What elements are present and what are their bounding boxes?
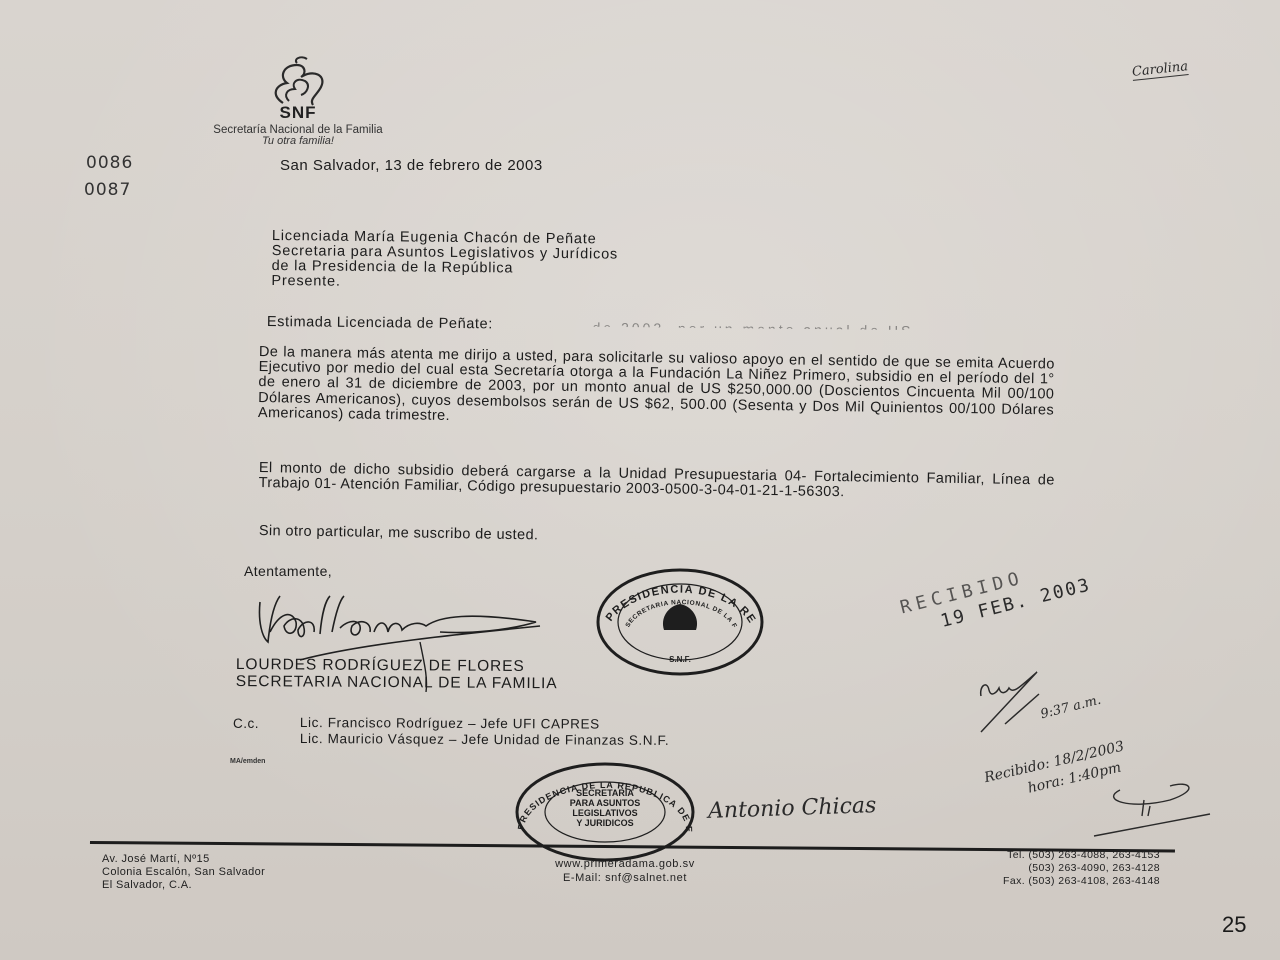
page-number: 25 xyxy=(1222,912,1246,938)
email-text: E-Mail: snf@salnet.net xyxy=(535,872,715,886)
sajl-seal-line: LEGISLATIVOS xyxy=(572,808,637,818)
salutation: Estimada Licenciada de Peñate: xyxy=(267,314,493,332)
sajl-seal-line: Y JURIDICOS xyxy=(576,818,633,828)
phone-line: Tel. (503) 263-4088, 263-4153 xyxy=(955,849,1160,862)
phone-line: (503) 263-4090, 263-4128 xyxy=(955,862,1160,875)
footer-phones: Tel. (503) 263-4088, 263-4153 (503) 263-… xyxy=(955,849,1160,888)
closing: Atentamente, xyxy=(244,563,332,579)
footer-contact-web: www.primeradama.gob.sv E-Mail: snf@salne… xyxy=(535,858,715,885)
reference-number: 0086 xyxy=(86,153,133,173)
coat-of-arms-icon xyxy=(663,604,697,630)
second-receiver-initials-icon xyxy=(1090,770,1220,840)
cc-list: Lic. Francisco Rodríguez – Jefe UFI CAPR… xyxy=(300,715,669,748)
cc-recipient: Lic. Mauricio Vásquez – Jefe Unidad de F… xyxy=(300,730,669,747)
address-line: Colonia Escalón, San Salvador xyxy=(102,866,265,879)
footer-address: Av. José Martí, Nº15 Colonia Escalón, Sa… xyxy=(102,853,265,892)
fax-line: Fax. (503) 263-4108, 263-4148 xyxy=(955,875,1160,888)
logo-wordmark: SNF xyxy=(178,103,418,123)
organization-tagline: Tu otra familia! xyxy=(178,135,418,147)
sajl-seal-line: PARA ASUNTOS xyxy=(570,798,641,808)
snf-official-seal: PRESIDENCIA DE LA REPUBLICA SECRETARIA N… xyxy=(594,566,766,678)
letterhead: SNF Secretaría Nacional de la Familia Tu… xyxy=(178,55,418,147)
sajl-seal-line: SECRETARIA xyxy=(576,788,634,798)
recipient-block: Licenciada María Eugenia Chacón de Peñat… xyxy=(271,229,618,293)
signatory-block: LOURDES RODRÍGUEZ DE FLORES SECRETARIA N… xyxy=(236,656,558,692)
typist-initials: MA/emden xyxy=(230,758,265,765)
address-line: Av. José Martí, Nº15 xyxy=(102,853,265,866)
cc-label: C.c. xyxy=(233,716,259,731)
cc-recipient: Lic. Francisco Rodríguez – Jefe UFI CAPR… xyxy=(300,715,669,732)
website-text: www.primeradama.gob.sv xyxy=(535,858,715,872)
seal-bottom-text: S.N.F. xyxy=(669,655,691,664)
address-line: El Salvador, C.A. xyxy=(102,879,265,892)
family-logo-icon xyxy=(253,55,343,107)
reference-number: 0087 xyxy=(84,180,131,200)
receiver-initials-icon xyxy=(975,668,1065,738)
place-date: San Salvador, 13 de febrero de 2003 xyxy=(280,157,543,174)
signatory-title: SECRETARIA NACIONAL DE LA FAMILIA xyxy=(236,673,558,692)
body-paragraph: De la manera más atenta me dirijo a uste… xyxy=(258,345,1055,434)
